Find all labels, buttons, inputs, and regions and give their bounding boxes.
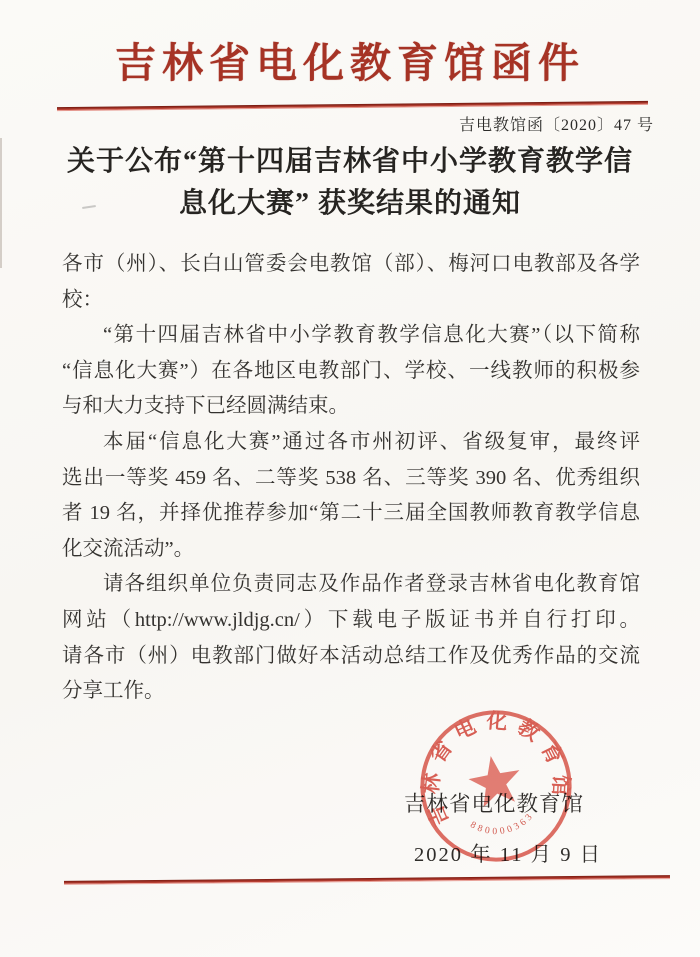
- body-line: 选出一等奖 459 名、二等奖 538 名、三等奖 390 名、优秀组织: [62, 461, 640, 497]
- body-line: 请各市（州）电教部门做好本活动总结工作及优秀作品的交流: [62, 639, 640, 675]
- footer-divider: [64, 875, 670, 885]
- document-number: 吉电教馆函〔2020〕47 号: [459, 112, 654, 135]
- body-line: 网站（http://www.jldjg.cn/）下载电子版证书并自行打印。: [62, 603, 640, 639]
- notice-body: 各市（州）、长白山管委会电教馆（部）、梅河口电教部及各学 校： “第十四届吉林省…: [62, 247, 640, 710]
- document-page: 吉林省电化教育馆函件 吉电教馆函〔2020〕47 号 关于公布“第十四届吉林省中…: [0, 0, 700, 957]
- letterhead-divider: [57, 101, 648, 111]
- body-line: 化交流活动”。: [62, 532, 640, 568]
- body-line: 校：: [62, 283, 640, 319]
- seal-serial: 880000363: [467, 809, 539, 843]
- body-line: 请各组织单位负责同志及作品作者登录吉林省电化教育馆: [62, 567, 640, 603]
- official-seal-graphic: 吉林省电化教育馆 880000363: [403, 693, 588, 878]
- notice-title-line1: 关于公布“第十四届吉林省中小学教育教学信: [0, 141, 700, 183]
- body-line: 各市（州）、长白山管委会电教馆（部）、梅河口电教部及各学: [62, 247, 640, 283]
- body-line: “信息化大赛”）在各地区电教部门、学校、一线教师的积极参: [62, 354, 640, 390]
- body-line: 本届“信息化大赛”通过各市州初评、省级复审，最终评: [62, 425, 640, 461]
- body-line: 者 19 名，并择优推荐参加“第二十三届全国教师教育教学信息: [62, 496, 640, 532]
- body-line: “第十四届吉林省中小学教育教学信息化大赛”（以下简称: [62, 318, 640, 354]
- notice-title: 关于公布“第十四届吉林省中小学教育教学信 息化大赛” 获奖结果的通知: [0, 141, 700, 225]
- scan-artifact: [0, 138, 2, 268]
- body-line: 与和大力支持下已经圆满结束。: [62, 389, 640, 425]
- seal-star: [465, 752, 524, 809]
- official-seal: 吉林省电化教育馆 880000363: [403, 693, 588, 878]
- letterhead-title: 吉林省电化教育馆函件: [0, 30, 700, 89]
- notice-title-line2: 息化大赛” 获奖结果的通知: [0, 183, 700, 225]
